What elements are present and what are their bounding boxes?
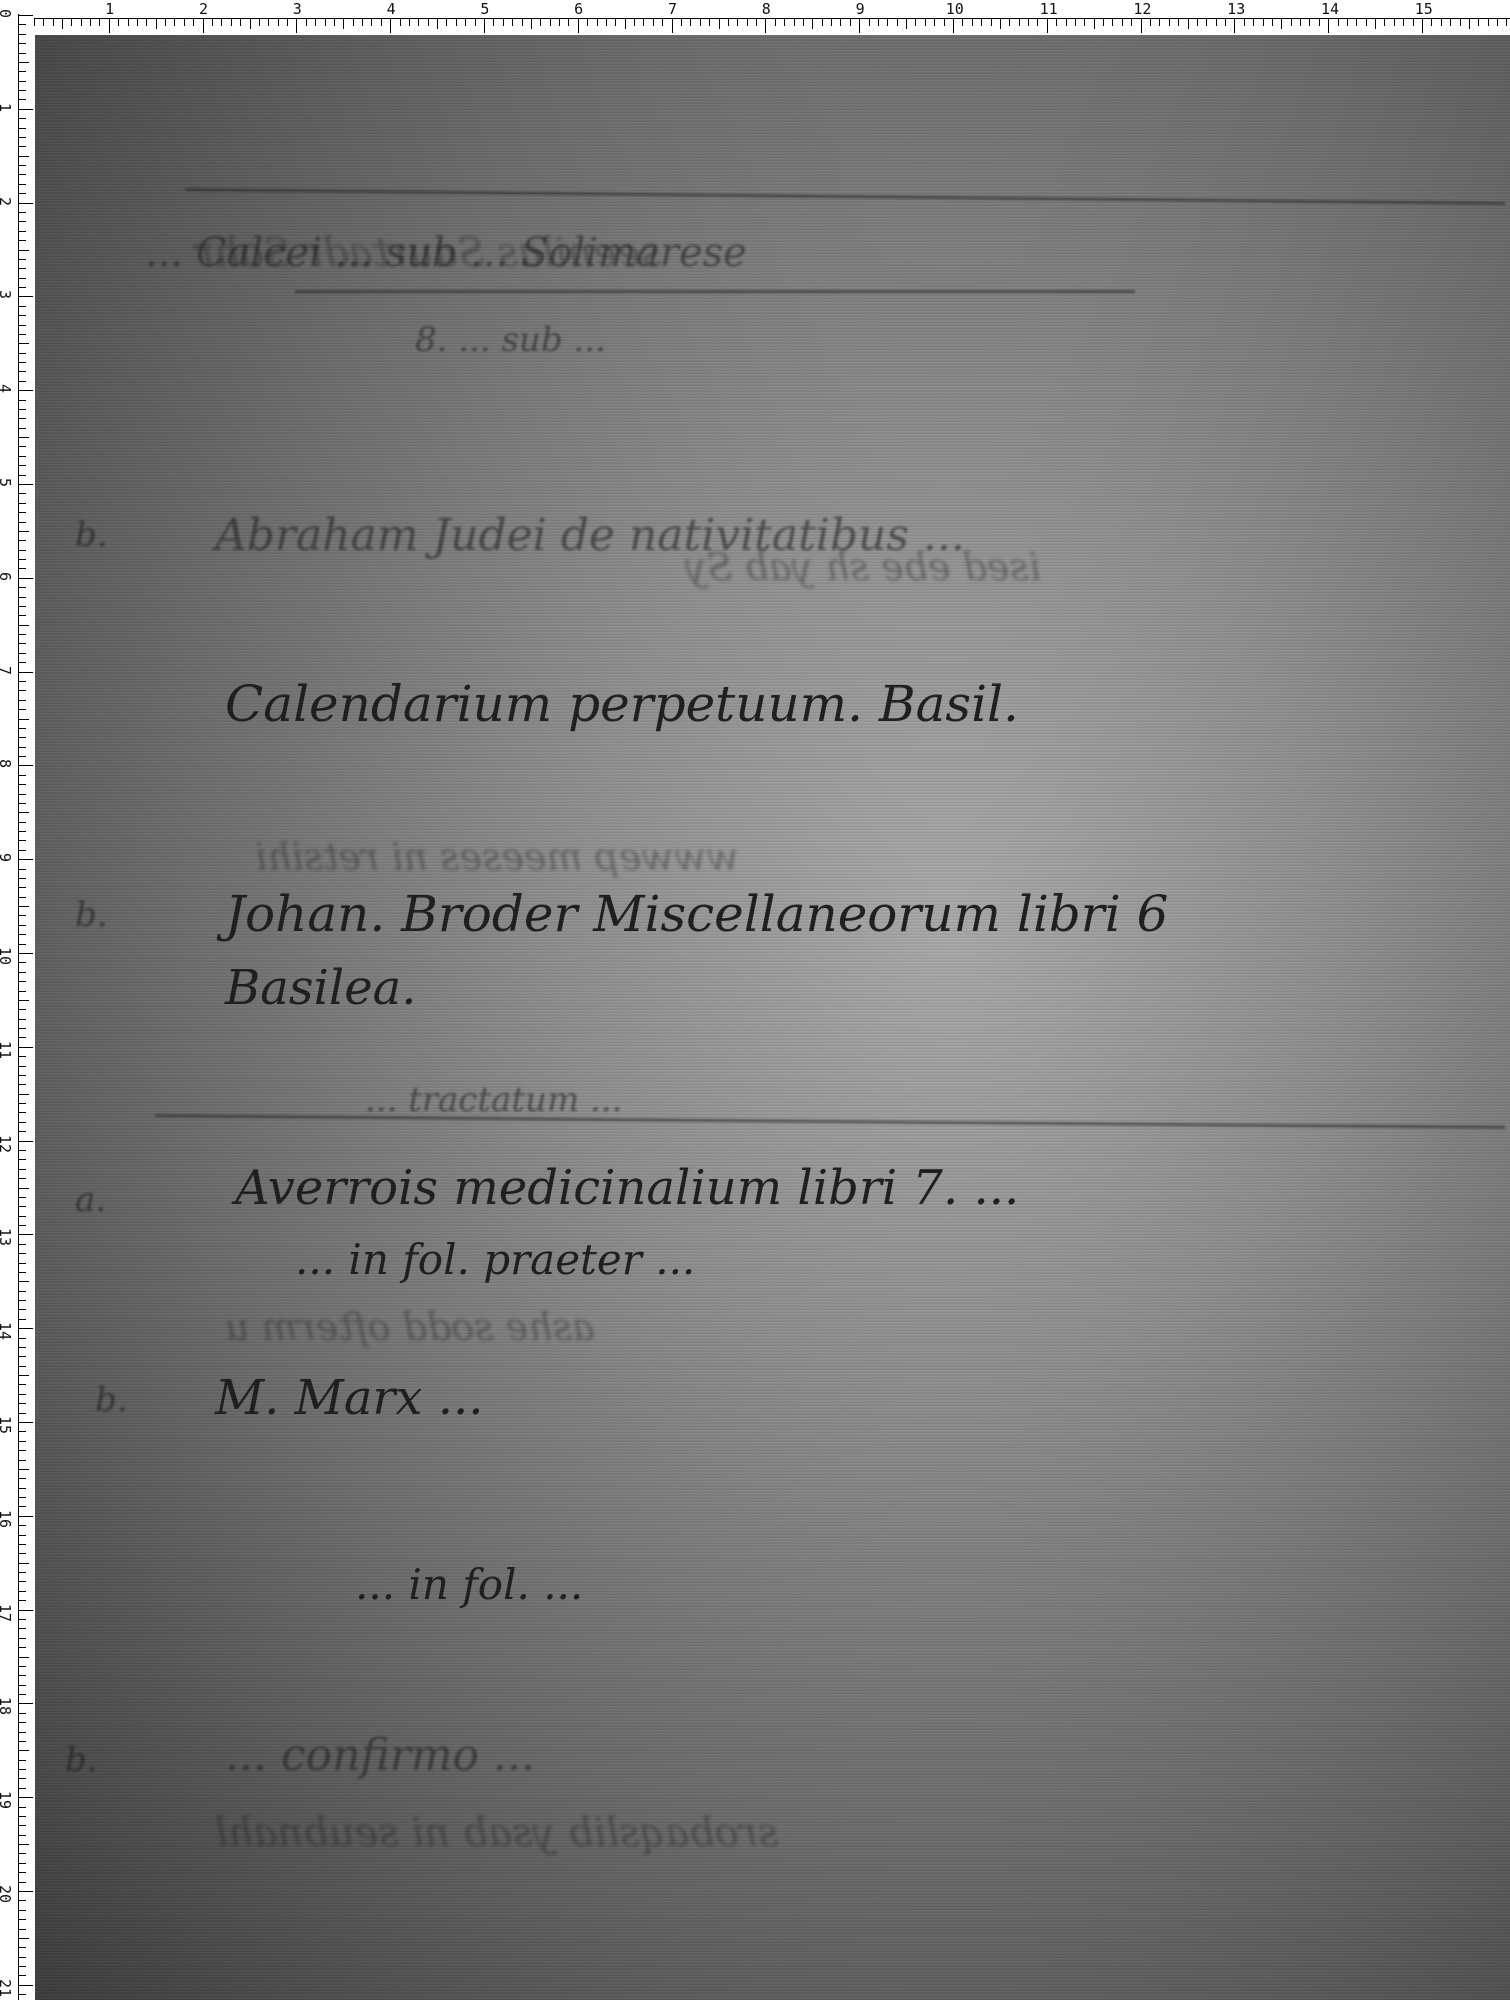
ruler-tick (146, 19, 147, 26)
ruler-tick (19, 653, 26, 654)
ruler-tick (19, 1497, 26, 1498)
ruler-tick (19, 184, 26, 185)
ruler-tick (19, 1685, 26, 1686)
manuscript-line: ... in fol. praeter ... (295, 1235, 695, 1284)
ruler-tick (1103, 19, 1104, 26)
ruler-tick (456, 19, 457, 26)
ruler-tick (19, 878, 26, 879)
ruler-tick (19, 1994, 26, 1995)
ruler-tick (19, 390, 33, 391)
ruler-tick (19, 146, 26, 147)
ruler-tick (203, 19, 204, 33)
ruler-tick (19, 334, 26, 335)
ruler-tick (19, 362, 26, 363)
ruler-tick (437, 19, 438, 29)
ruler-tick (1206, 19, 1207, 26)
ruler-label: 16 (0, 1510, 14, 1528)
ruler-tick (550, 19, 551, 26)
ruler-label: 17 (0, 1604, 14, 1622)
ruler-tick (315, 19, 316, 26)
ruler-tick (1441, 19, 1442, 26)
ruler-tick (19, 1197, 26, 1198)
ruler-tick (19, 1103, 26, 1104)
ruler-tick (19, 991, 26, 992)
ruler-tick (19, 850, 26, 851)
ruler-tick (1478, 19, 1479, 26)
ruler-tick (390, 19, 391, 33)
manuscript-line: Basilea. (225, 960, 417, 1016)
ruler-tick (934, 19, 935, 26)
ruler-tick (972, 19, 973, 26)
ruler-tick (19, 550, 26, 551)
ruler-tick (19, 794, 26, 795)
ruler-tick (19, 418, 26, 419)
ruler-tick (19, 1178, 26, 1179)
ruler-tick (1197, 19, 1198, 26)
ruler-tick (19, 268, 26, 269)
ruler-tick (1431, 19, 1432, 26)
ruler-tick (19, 259, 26, 260)
ruler-tick (700, 19, 701, 26)
ruler-tick (19, 109, 33, 110)
ruler-tick (19, 512, 26, 513)
ruler-tick (19, 709, 26, 710)
ruler-tick (765, 19, 766, 33)
ruler-tick (400, 19, 401, 26)
ruler-tick (19, 1544, 26, 1545)
ruler-tick (540, 19, 541, 26)
strike-through-line (155, 1114, 1505, 1129)
ruler-tick (1413, 19, 1414, 26)
ruler-tick (19, 747, 26, 748)
ruler-tick (19, 625, 29, 626)
ruler-tick (446, 19, 447, 26)
ruler-tick (19, 1319, 26, 1320)
ruler-tick (19, 1478, 26, 1479)
ruler-tick (634, 19, 635, 26)
ruler-tick (19, 1638, 26, 1639)
ruler-tick (19, 325, 26, 326)
ruler-label: 8 (762, 0, 771, 18)
ruler-tick (19, 1037, 26, 1038)
ruler-tick (19, 1535, 26, 1536)
ruler-tick (19, 128, 26, 129)
ruler-tick (19, 137, 26, 138)
ruler-tick (1159, 19, 1160, 26)
ruler-tick (19, 1797, 33, 1798)
ruler-tick (19, 1647, 26, 1648)
ruler-tick (428, 19, 429, 26)
ruler-tick (19, 756, 26, 757)
ruler-tick (19, 1666, 26, 1667)
ruler-tick (19, 1206, 26, 1207)
ruler-tick (19, 212, 26, 213)
ruler-tick (1056, 19, 1057, 26)
ruler-tick (19, 1216, 26, 1217)
ruler-tick (19, 634, 26, 635)
ruler-tick (653, 19, 654, 26)
ruler-tick (19, 437, 29, 438)
ruler-label: 5 (0, 478, 14, 487)
ruler-label: 11 (0, 1041, 14, 1059)
ruler-tick (1178, 19, 1179, 26)
ruler-tick (19, 278, 26, 279)
ruler-tick (165, 19, 166, 26)
ruler-tick (19, 1094, 29, 1095)
ruler-tick (737, 19, 738, 26)
ruler-tick (19, 944, 26, 945)
ruler-label: 10 (946, 0, 964, 18)
ruler-tick (587, 19, 588, 26)
ruler-tick (1150, 19, 1151, 26)
ruler-tick (19, 1610, 33, 1611)
ruler-tick (19, 296, 33, 297)
ruler-tick (19, 1553, 26, 1554)
ruler-tick (662, 19, 663, 26)
ruler-tick (19, 62, 29, 63)
margin-note: a. (75, 1180, 106, 1220)
ruler-tick (19, 719, 29, 720)
ruler-tick (19, 1309, 26, 1310)
ruler-tick (19, 1131, 26, 1132)
ruler-tick (19, 1384, 26, 1385)
ruler-tick (174, 19, 175, 26)
ruler-tick (19, 1938, 29, 1939)
margin-note: b. (95, 1380, 128, 1420)
ruler-label: 10 (0, 947, 14, 965)
ruler-tick (1075, 19, 1076, 26)
manuscript-page: seenilas Saurtadr Sohr ised ebe sh yab S… (35, 35, 1510, 2000)
ruler-tick (19, 1910, 26, 1911)
ruler-tick (512, 19, 513, 26)
ruler-tick (19, 446, 26, 447)
bleed-through-text: srobaqslib ysab ni seubnahl (215, 1810, 779, 1856)
ruler-tick (1272, 19, 1273, 26)
ruler-tick (531, 19, 532, 29)
ruler-tick (19, 1816, 26, 1817)
ruler-tick (19, 371, 26, 372)
ruler-tick (19, 81, 26, 82)
ruler-tick (19, 1891, 33, 1892)
ruler-label: 3 (0, 290, 14, 299)
ruler-tick (19, 606, 26, 607)
ruler-tick (278, 19, 279, 26)
bleed-through-text: wwwep meeses ni retsihi (255, 835, 739, 879)
ruler-tick (19, 1450, 26, 1451)
ruler-label: 8 (0, 759, 14, 768)
ruler-tick (62, 19, 63, 29)
ruler-tick (681, 19, 682, 26)
ruler-tick (812, 19, 813, 29)
ruler-tick (19, 1675, 26, 1676)
ruler-tick (19, 1572, 26, 1573)
ruler-tick (240, 19, 241, 26)
ruler-tick (1141, 19, 1142, 33)
ruler-tick (268, 19, 269, 26)
ruler-label: 21 (0, 1979, 14, 1997)
vertical-ruler: 0123456789101112131415161718192021 (0, 0, 34, 2000)
ruler-label: 9 (856, 0, 865, 18)
ruler-label: 7 (0, 666, 14, 675)
ruler-label: 19 (0, 1791, 14, 1809)
ruler-tick (850, 19, 851, 26)
ruler-tick (1488, 19, 1489, 26)
ruler-tick (19, 568, 26, 569)
ruler-tick (156, 19, 157, 29)
ruler-tick (19, 1272, 26, 1273)
ruler-tick (19, 1056, 26, 1057)
ruler-tick (19, 1225, 26, 1226)
ruler-tick (19, 193, 26, 194)
ruler-tick (887, 19, 888, 26)
ruler-tick (19, 465, 26, 466)
ruler-tick (193, 19, 194, 26)
ruler-tick (19, 484, 33, 485)
ruler-tick (1019, 19, 1020, 26)
ruler-tick (1253, 19, 1254, 26)
ruler-tick (19, 428, 26, 429)
ruler-tick (484, 19, 485, 33)
ruler-tick (906, 19, 907, 29)
ruler-tick (493, 19, 494, 26)
ruler-tick (325, 19, 326, 26)
ruler-tick (1112, 19, 1113, 26)
ruler-tick (19, 915, 26, 916)
ruler-tick (353, 19, 354, 26)
ruler-tick (19, 1788, 26, 1789)
ruler-tick (71, 19, 72, 26)
ruler-label: 1 (105, 0, 114, 18)
ruler-tick (615, 19, 616, 26)
ruler-tick (19, 1966, 26, 1967)
ruler-tick (803, 19, 804, 26)
ruler-baseline (18, 14, 19, 2000)
ruler-tick (953, 19, 954, 33)
manuscript-line: Calendarium perpetuum. Basil. (225, 675, 1019, 733)
ruler-tick (19, 315, 26, 316)
ruler-tick (1356, 19, 1357, 26)
ruler-tick (19, 1075, 26, 1076)
ruler-baseline (14, 18, 1510, 19)
ruler-tick (1244, 19, 1245, 26)
ruler-tick (1169, 19, 1170, 26)
ruler-label: 11 (1040, 0, 1058, 18)
ruler-tick (19, 240, 26, 241)
ruler-tick (19, 1844, 29, 1845)
ruler-tick (19, 1244, 26, 1245)
ruler-tick (19, 597, 26, 598)
margin-note: b. (65, 1740, 98, 1780)
ruler-tick (1263, 19, 1264, 26)
ruler-tick (90, 19, 91, 26)
ruler-tick (19, 306, 26, 307)
ruler-tick (19, 456, 26, 457)
ruler-tick (19, 1291, 26, 1292)
ruler-tick (19, 728, 26, 729)
ruler-tick (19, 1263, 26, 1264)
ruler-tick (578, 19, 579, 33)
ruler-tick (19, 1019, 26, 1020)
manuscript-line: ... tractatum ... (365, 1080, 622, 1120)
ruler-tick (19, 1281, 29, 1282)
ruler-tick (19, 690, 26, 691)
ruler-tick (19, 1460, 26, 1461)
ruler-tick (81, 19, 82, 26)
margin-note: b. (75, 515, 108, 555)
ruler-tick (897, 19, 898, 26)
ruler-tick (1225, 19, 1226, 26)
ruler-tick (1394, 19, 1395, 26)
ruler-tick (19, 1778, 26, 1779)
manuscript-line: ... in fol. ... (355, 1560, 583, 1609)
ruler-tick (19, 765, 33, 766)
ruler-tick (409, 19, 410, 26)
ruler-tick (19, 1591, 26, 1592)
manuscript-line: M. Marx ... (215, 1370, 483, 1426)
ruler-tick (1328, 19, 1329, 33)
ruler-tick (109, 19, 110, 33)
ruler-tick (19, 737, 26, 738)
ruler-label: 15 (0, 1416, 14, 1434)
ruler-tick (19, 953, 33, 954)
ruler-tick (19, 1422, 33, 1423)
ruler-tick (1450, 19, 1451, 26)
ruler-tick (19, 1413, 26, 1414)
ruler-tick (19, 118, 26, 119)
ruler-tick (19, 840, 26, 841)
ruler-tick (1066, 19, 1067, 26)
ruler-label: 4 (0, 384, 14, 393)
ruler-tick (1300, 19, 1301, 26)
ruler-tick (19, 1694, 26, 1695)
ruler-label: 3 (293, 0, 302, 18)
ruler-label: 14 (0, 1322, 14, 1340)
manuscript-line: Abraham Judei de nativitatibus ... (215, 510, 965, 561)
horizontal-ruler: 01234567891011121314151 (0, 0, 1510, 34)
ruler-tick (1309, 19, 1310, 26)
ruler-tick (19, 1807, 26, 1808)
ruler-tick (775, 19, 776, 26)
ruler-label: 2 (0, 197, 14, 206)
ruler-label: 13 (0, 1228, 14, 1246)
ruler-tick (19, 1394, 26, 1395)
ruler-tick (19, 475, 26, 476)
ruler-label: 7 (668, 0, 677, 18)
ruler-tick (19, 156, 29, 157)
ruler-tick (19, 1863, 26, 1864)
ruler-tick (1384, 19, 1385, 26)
ruler-tick (19, 1581, 26, 1582)
ruler-tick (503, 19, 504, 26)
ruler-tick (19, 1947, 26, 1948)
strike-through-line (295, 290, 1135, 293)
ruler-tick (925, 19, 926, 26)
ruler-tick (19, 493, 26, 494)
ruler-tick (1497, 19, 1498, 26)
ruler-tick (1234, 19, 1235, 33)
ruler-tick (19, 1000, 29, 1001)
ruler-tick (19, 165, 26, 166)
ruler-tick (1188, 19, 1189, 29)
ruler-tick (296, 19, 297, 33)
ruler-tick (719, 19, 720, 29)
margin-note: b. (75, 895, 108, 935)
ruler-tick (19, 1713, 26, 1714)
ruler-tick (118, 19, 119, 26)
ruler-tick (1131, 19, 1132, 26)
ruler-tick (822, 19, 823, 26)
ruler-tick (19, 1150, 26, 1151)
ruler-tick (19, 1066, 26, 1067)
ruler-tick (1460, 19, 1461, 26)
ruler-tick (212, 19, 213, 26)
ruler-tick (19, 24, 26, 25)
ruler-tick (19, 578, 33, 579)
ruler-tick (794, 19, 795, 26)
ruler-tick (19, 822, 26, 823)
ruler-tick (19, 1159, 26, 1160)
ruler-tick (944, 19, 945, 26)
ruler-tick (869, 19, 870, 26)
ruler-tick (1291, 19, 1292, 26)
ruler-tick (690, 19, 691, 26)
ruler-tick (19, 1600, 26, 1601)
ruler-tick (19, 981, 26, 982)
ruler-label: 15 (1415, 0, 1433, 18)
ruler-tick (1122, 19, 1123, 26)
ruler-tick (1375, 19, 1376, 29)
ruler-tick (19, 503, 26, 504)
ruler-tick (19, 1835, 26, 1836)
ruler-tick (19, 700, 26, 701)
manuscript-line: ... confirmo ... (225, 1730, 535, 1781)
ruler-label: 5 (480, 0, 489, 18)
ruler-tick (231, 19, 232, 26)
ruler-tick (19, 972, 26, 973)
ruler-label: 20 (0, 1885, 14, 1903)
ruler-tick (19, 1112, 26, 1113)
ruler-tick (465, 19, 466, 26)
ruler-tick (19, 1760, 26, 1761)
ruler-tick (19, 1188, 29, 1189)
ruler-tick (19, 1975, 26, 1976)
ruler-tick (128, 19, 129, 26)
ruler-tick (19, 1619, 26, 1620)
ruler-tick (1000, 19, 1001, 29)
ruler-tick (19, 831, 26, 832)
ruler-tick (19, 643, 26, 644)
ruler-tick (1009, 19, 1010, 26)
ruler-tick (306, 19, 307, 26)
ruler-tick (19, 1516, 33, 1517)
ruler-tick (19, 1028, 26, 1029)
ruler-tick (1028, 19, 1029, 26)
ruler-tick (19, 1732, 26, 1733)
ruler-tick (19, 540, 26, 541)
ruler-tick (19, 221, 26, 222)
ruler-tick (1216, 19, 1217, 26)
ruler-tick (221, 19, 222, 26)
ruler-tick (19, 381, 26, 382)
ruler-tick (19, 353, 26, 354)
ruler-tick (672, 19, 673, 33)
ruler-tick (19, 1084, 26, 1085)
ruler-tick (418, 19, 419, 26)
ruler-label: 13 (1227, 0, 1245, 18)
strike-through-line (185, 188, 1505, 205)
manuscript-line: Averrois medicinalium libri 7. ... (235, 1160, 1019, 1216)
ruler-tick (19, 1628, 26, 1629)
